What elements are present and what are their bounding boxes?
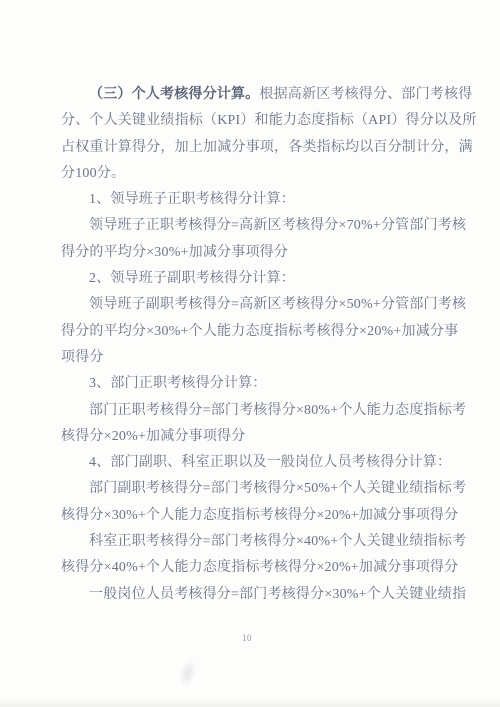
document-line: 项得分 [61, 345, 453, 371]
line-segment: 核得分×20%+加减分事项得分 [61, 429, 245, 444]
line-segment: 一般岗位人员考核得分=部门考核得分×30%+个人关键业绩指 [89, 587, 466, 602]
line-segment: 分100分。 [61, 166, 125, 181]
document-line: 部门副职考核得分=部门考核得分×50%+个人关键业绩指标考 [61, 476, 453, 502]
document-line: 1、领导班子正职考核得分计算： [61, 187, 453, 213]
line-segment: 根据高新区考核得分、部门考核得 [259, 87, 472, 102]
document-line: 得分的平均分×30%+加减分事项得分 [61, 240, 453, 266]
line-segment: 4、部门副职、科室正职以及一般岗位人员考核得分计算： [89, 455, 451, 470]
document-line: 核得分×30%+个人能力态度指标考核得分×20%+加减分事项得分 [61, 503, 453, 529]
line-segment: 得分的平均分×30%+加减分事项得分 [61, 245, 288, 260]
line-segment: 1、领导班子正职考核得分计算： [89, 192, 295, 207]
line-segment: 分、个人关键业绩指标（KPI）和能力态度指标（API）得分以及所 [61, 113, 477, 128]
document-line: 分、个人关键业绩指标（KPI）和能力态度指标（API）得分以及所 [61, 108, 453, 134]
document-line: 4、部门副职、科室正职以及一般岗位人员考核得分计算： [61, 450, 453, 476]
document-line: 核得分×20%+加减分事项得分 [61, 424, 453, 450]
line-segment-bold: （三）个人考核得分计算。 [89, 87, 259, 102]
line-segment: 科室正职考核得分=部门考核得分×40%+个人关键业绩指标考 [89, 534, 466, 549]
line-segment: 2、领导班子副职考核得分计算： [89, 271, 295, 286]
line-segment: 领导班子正职考核得分=高新区考核得分×70%+分管部门考核 [89, 218, 466, 233]
line-segment: 核得分×30%+个人能力态度指标考核得分×20%+加减分事项得分 [61, 508, 458, 523]
scan-ink-smudge [178, 659, 197, 687]
line-segment: 占权重计算得分，加上加减分事项，各类指标均以百分制计分，满 [61, 140, 473, 155]
line-segment: 核得分×40%+个人能力态度指标考核得分×20%+加减分事项得分 [61, 560, 458, 575]
document-line: （三）个人考核得分计算。根据高新区考核得分、部门考核得 [61, 82, 453, 108]
document-line: 3、部门正职考核得分计算： [61, 371, 453, 397]
document-line: 一般岗位人员考核得分=部门考核得分×30%+个人关键业绩指 [61, 582, 453, 608]
line-segment: 得分的平均分×30%+个人能力态度指标考核得分×20%+加减分事 [61, 324, 458, 339]
document-line: 2、领导班子副职考核得分计算： [61, 266, 453, 292]
document-line: 科室正职考核得分=部门考核得分×40%+个人关键业绩指标考 [61, 529, 453, 555]
line-segment: 部门副职考核得分=部门考核得分×50%+个人关键业绩指标考 [89, 481, 466, 496]
line-segment: 项得分 [61, 350, 104, 365]
document-line: 占权重计算得分，加上加减分事项，各类指标均以百分制计分，满 [61, 135, 453, 161]
page-number: 10 [0, 633, 494, 643]
document-line: 得分的平均分×30%+个人能力态度指标考核得分×20%+加减分事 [61, 319, 453, 345]
line-segment: 部门正职考核得分=部门考核得分×80%+个人能力态度指标考 [89, 403, 466, 418]
document-line: 部门正职考核得分=部门考核得分×80%+个人能力态度指标考 [61, 398, 453, 424]
document-body: （三）个人考核得分计算。根据高新区考核得分、部门考核得分、个人关键业绩指标（KP… [61, 82, 453, 608]
line-segment: 3、部门正职考核得分计算： [89, 376, 267, 391]
document-line: 分100分。 [61, 161, 453, 187]
document-line: 领导班子正职考核得分=高新区考核得分×70%+分管部门考核 [61, 213, 453, 239]
line-segment: 领导班子副职考核得分=高新区考核得分×50%+分管部门考核 [89, 297, 466, 312]
document-line: 领导班子副职考核得分=高新区考核得分×50%+分管部门考核 [61, 292, 453, 318]
page-bottom-edge-shadow [0, 698, 500, 707]
document-line: 核得分×40%+个人能力态度指标考核得分×20%+加减分事项得分 [61, 555, 453, 581]
scanned-document-page: （三）个人考核得分计算。根据高新区考核得分、部门考核得分、个人关键业绩指标（KP… [0, 0, 500, 707]
